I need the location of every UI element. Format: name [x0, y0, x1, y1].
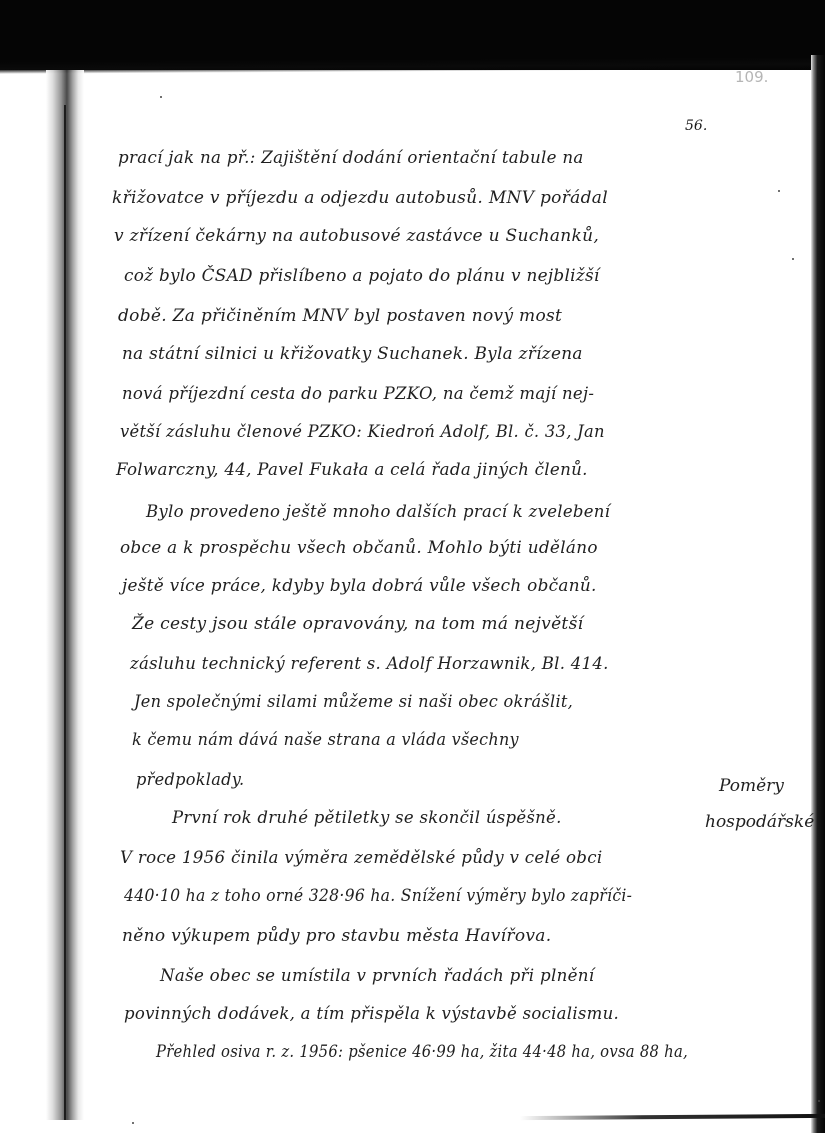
scan-bottom-shadow: [520, 1114, 825, 1120]
margin-heading-line: Poměry: [719, 768, 814, 804]
text-line: obce a k prospěchu všech občanů. Mohlo b…: [120, 538, 598, 558]
text-line: První rok druhé pětiletky se skončil úsp…: [172, 808, 562, 828]
margin-heading: Poměry hospodářské: [705, 768, 814, 840]
archive-folio-number: 109.: [735, 68, 768, 86]
text-line: povinných dodávek, a tím přispěla k výst…: [124, 1004, 619, 1024]
scan-speck: [132, 1122, 134, 1124]
scan-speck: [818, 1100, 820, 1102]
scan-speck: [160, 96, 162, 98]
text-line: Jen společnými silami můžeme si naši obe…: [134, 692, 573, 712]
text-line: době. Za přičiněním MNV byl postaven nov…: [118, 306, 562, 326]
text-line: V roce 1956 činila výměra zemědělské půd…: [120, 848, 602, 868]
text-line: Přehled osiva r. z. 1956: pšenice 46·99 …: [156, 1042, 688, 1062]
text-line: 440·10 ha z toho orné 328·96 ha. Snížení…: [124, 886, 632, 906]
text-line: předpoklady.: [136, 770, 244, 790]
text-line: k čemu nám dává naše strana a vláda všec…: [132, 730, 519, 750]
scan-speck: [778, 190, 780, 192]
page-number: 56.: [685, 118, 707, 134]
scan-right-border: [811, 55, 825, 1133]
text-line: Že cesty jsou stále opravovány, na tom m…: [132, 614, 583, 634]
scanned-document-page: 109. 56. prací jak na př.: Zajištění dod…: [0, 0, 825, 1133]
scan-speck: [792, 258, 794, 260]
binding-edge-line: [64, 105, 66, 1120]
text-line: křižovatce v příjezdu a odjezdu autobusů…: [112, 188, 608, 208]
text-line: Bylo provedeno ještě mnoho dalších prací…: [146, 502, 610, 522]
text-line: Naše obec se umístila v prvních řadách p…: [160, 966, 594, 986]
text-line: ještě více práce, kdyby byla dobrá vůle …: [122, 576, 597, 596]
text-line: nová příjezdní cesta do parku PZKO, na č…: [122, 384, 594, 404]
text-line: což bylo ČSAD přislíbeno a pojato do plá…: [124, 266, 600, 286]
text-line: něno výkupem půdy pro stavbu města Havíř…: [122, 926, 551, 946]
text-line: zásluhu technický referent s. Adolf Horz…: [130, 654, 609, 674]
margin-heading-line: hospodářské: [705, 804, 814, 840]
text-line: v zřízení čekárny na autobusové zastávce…: [114, 226, 599, 246]
text-line: prací jak na př.: Zajištění dodání orien…: [118, 148, 584, 168]
text-line: na státní silnici u křižovatky Suchanek.…: [122, 344, 583, 364]
text-line: Folwarczny, 44, Pavel Fukała a celá řada…: [116, 460, 588, 480]
text-line: větší zásluhu členové PZKO: Kiedroń Adol…: [120, 422, 605, 442]
